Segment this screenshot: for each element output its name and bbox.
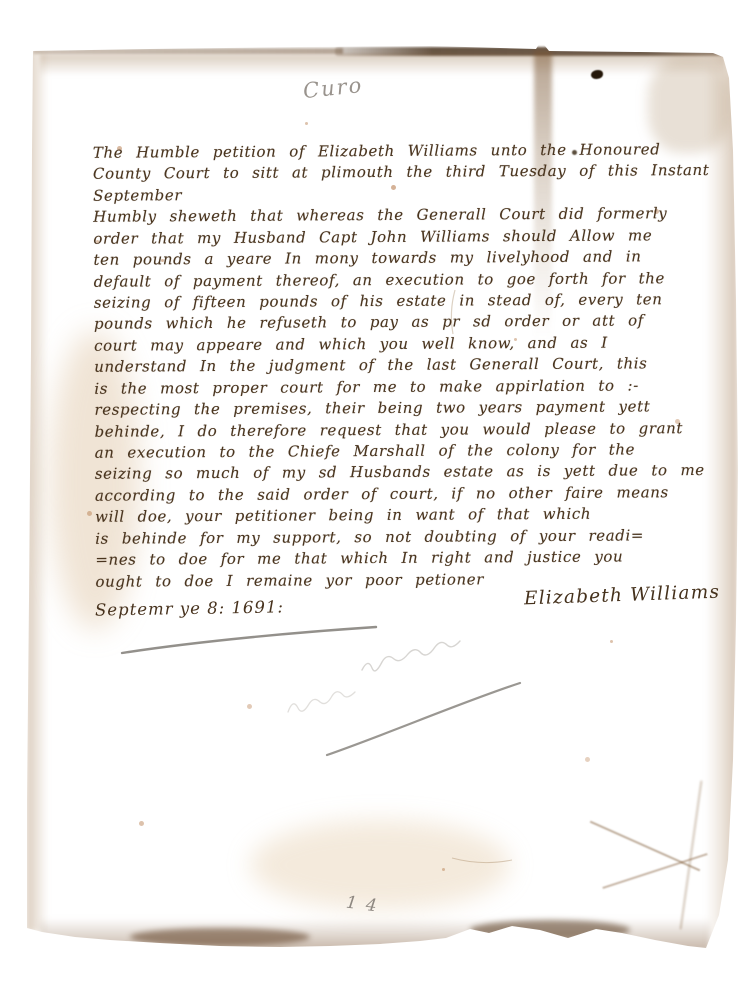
- manuscript-line: ten pounds a yeare In mony towards my li…: [93, 246, 641, 270]
- manuscript-line: pounds which he refuseth to pay as pr sd…: [94, 310, 644, 334]
- foxing-speckles: [0, 0, 3, 3]
- manuscript-line: respecting the premises, their being two…: [94, 396, 650, 420]
- manuscript-text: The Humble petition of Elizabeth William…: [0, 0, 751, 1000]
- manuscript-line: County Court to sitt at plimouth the thi…: [93, 160, 710, 185]
- manuscript-line: Humbly sheweth that whereas the Generall…: [93, 203, 667, 228]
- manuscript-line: seizing so much of my sd Husbands estate…: [95, 460, 705, 485]
- manuscript-photo: Curo The Humble petition of Elizabeth Wi…: [0, 0, 751, 1000]
- manuscript-line: September: [93, 185, 182, 207]
- paper-sheet: Curo The Humble petition of Elizabeth Wi…: [0, 0, 751, 1000]
- manuscript-line: will doe, your petitioner being in want …: [95, 504, 591, 528]
- manuscript-line: ought to doe I remaine yor poor petioner: [95, 569, 484, 592]
- manuscript-line: understand In the judgment of the last G…: [94, 353, 647, 377]
- manuscript-line: =nes to doe for me that which In right a…: [95, 546, 623, 570]
- date-line: Septemr ye 8: 1691:: [95, 597, 284, 619]
